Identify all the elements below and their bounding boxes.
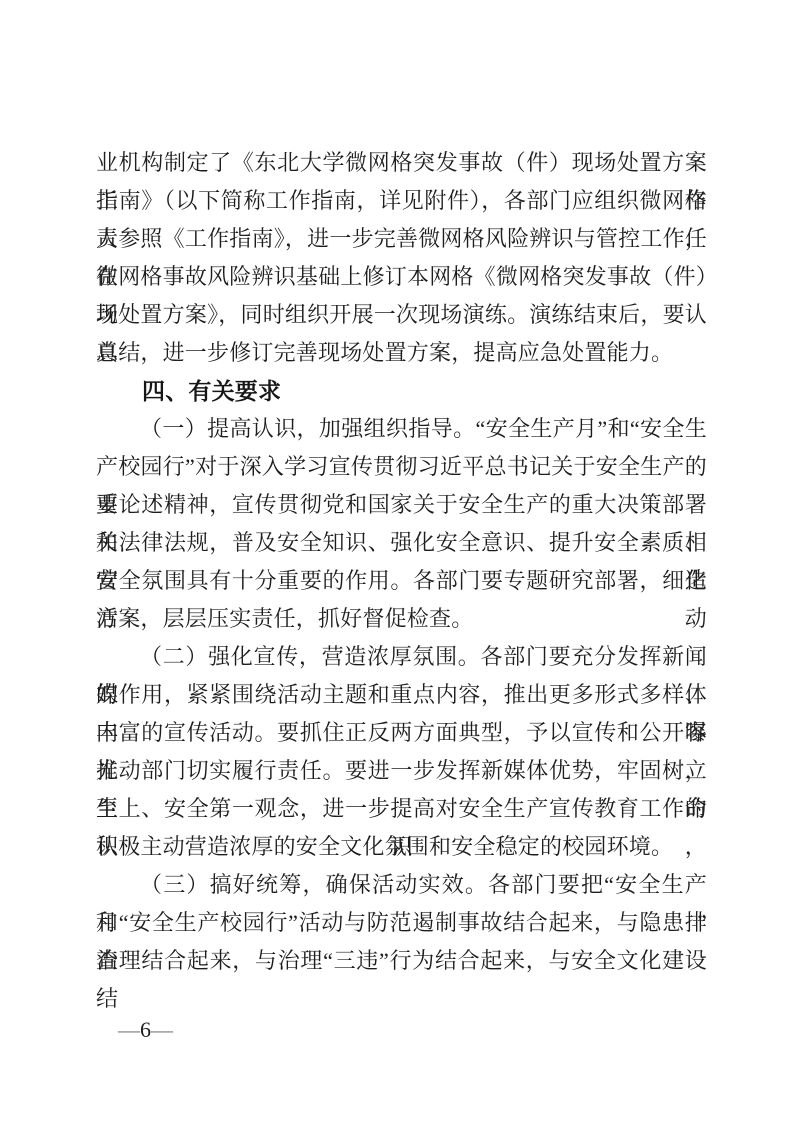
page-number-right-dash: — xyxy=(151,1017,173,1042)
paragraph-line: 业机构制定了《东北大学微网格突发事故（件）现场处置方案工作 xyxy=(96,144,707,182)
paragraph-line: 场处置方案》，同时组织开展一次现场演练。演练结束后，要认真 xyxy=(96,296,707,334)
section-heading: 四、有关要求 xyxy=(96,372,707,410)
paragraph-line: 人参照《工作指南》，进一步完善微网格风险辨识与管控工作，在 xyxy=(96,220,707,258)
page-number: —6— xyxy=(118,1011,173,1049)
paragraph-line: 指南》（以下简称工作指南，详见附件），各部门应组织微网格责任 xyxy=(96,182,707,220)
paragraph-line: 的作用，紧紧围绕活动主题和重点内容，推出更多形式多样、内容 xyxy=(96,676,707,714)
paragraph-line: （一）提高认识，加强组织指导。“安全生产月”和“安全生 xyxy=(96,410,707,448)
body-text-block: 业机构制定了《东北大学微网格突发事故（件）现场处置方案工作 指南》（以下简称工作… xyxy=(96,144,707,980)
page-number-left-dash: — xyxy=(118,1017,140,1042)
paragraph-line: 推动部门切实履行责任。要进一步发挥新媒体优势，牢固树立生命 xyxy=(96,752,707,790)
paragraph-line: 关法律法规，普及安全知识、强化安全意识、提升安全素质、营造 xyxy=(96,524,707,562)
paragraph-line: 治理结合起来，与治理“三违”行为结合起来，与安全文化建设结 xyxy=(96,942,707,980)
paragraph-line: 产校园行”对于深入学习宣传贯彻习近平总书记关于安全生产的重 xyxy=(96,448,707,486)
paragraph-line: 积极主动营造浓厚的安全文化氛围和安全稳定的校园环境。 xyxy=(96,828,707,866)
paragraph-line: （三）搞好统筹，确保活动实效。各部门要把“安全生产月” xyxy=(96,866,707,904)
page-number-value: 6 xyxy=(140,1017,151,1042)
document-page: 业机构制定了《东北大学微网格突发事故（件）现场处置方案工作 指南》（以下简称工作… xyxy=(0,0,799,1131)
paragraph-line: （二）强化宣传，营造浓厚氛围。各部门要充分发挥新闻媒体 xyxy=(96,638,707,676)
paragraph-line: 安全氛围具有十分重要的作用。各部门要专题研究部署，细化活动 xyxy=(96,562,707,600)
paragraph-line: 微网格事故风险辨识基础上修订本网格《微网格突发事故（件）现 xyxy=(96,258,707,296)
paragraph-line: 丰富的宣传活动。要抓住正反两方面典型，予以宣传和公开曝光， xyxy=(96,714,707,752)
paragraph-line: 要论述精神，宣传贯彻党和国家关于安全生产的重大决策部署和相 xyxy=(96,486,707,524)
paragraph-line: 总结，进一步修订完善现场处置方案，提高应急处置能力。 xyxy=(96,334,707,372)
paragraph-line: 至上、安全第一观念，进一步提高对安全生产宣传教育工作的认识， xyxy=(96,790,707,828)
paragraph-line: 和“安全生产校园行”活动与防范遏制事故结合起来，与隐患排查 xyxy=(96,904,707,942)
